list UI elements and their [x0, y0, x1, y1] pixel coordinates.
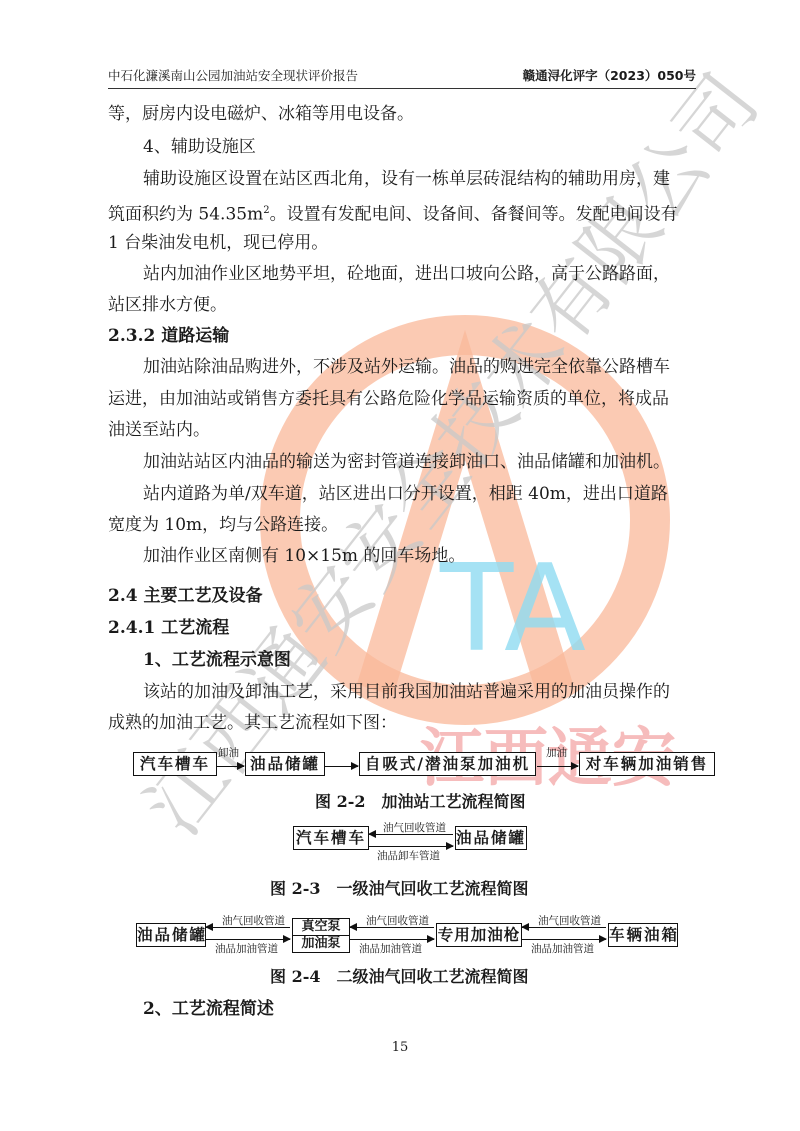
paragraph-line: 筑面积约为 54.35m2。设置有发配电间、设备间、备餐间等。发配电间设有: [108, 200, 678, 226]
arrow-label: 油气回收管道: [538, 913, 601, 928]
flow-box: 油品储罐: [455, 826, 527, 850]
paragraph-line: 运进，由加油站或销售方委托具有公路危险化学品运输资质的单位，将成品: [108, 388, 669, 410]
arrow-label: 油气回收管道: [366, 913, 429, 928]
flow-box-label: 加油泵: [293, 936, 349, 952]
paragraph-line: 该站的加油及卸油工艺，采用目前我国加油站普遍采用的加油员操作的: [143, 681, 670, 703]
arrow-right-icon: [217, 766, 244, 767]
flow-box: 对车辆加油销售: [579, 752, 715, 776]
report-title: 中石化濂溪南山公园加油站安全现状评价报告: [108, 66, 358, 84]
report-number: 赣通浔化评字（2023）050号: [523, 66, 696, 84]
paragraph-line: 成熟的加油工艺。其工艺流程如下图：: [108, 712, 397, 734]
paragraph-line: 辅助设施区设置在站区西北角，设有一栋单层砖混结构的辅助用房，建: [143, 168, 670, 190]
arrow-label: 油气回收管道: [222, 913, 285, 928]
arrow-right-icon: [522, 939, 606, 940]
section-heading-2-3-2: 2.3.2 道路运输: [108, 325, 229, 347]
subsection-title: 1、工艺流程示意图: [143, 649, 291, 671]
flow-box: 自吸式/潜油泵加油机: [359, 752, 536, 776]
paragraph-line: 油送至站内。: [108, 419, 210, 441]
flow-box: 专用加油枪: [436, 923, 522, 947]
text-fragment: 筑面积约为 54.35m: [108, 205, 263, 225]
paragraph-line: 等，厨房内设电磁炉、冰箱等用电设备。: [108, 103, 414, 125]
arrow-right-icon: [206, 939, 290, 940]
section-heading-2-4: 2.4 主要工艺及设备: [108, 585, 263, 607]
flow-box: 汽车槽车: [133, 752, 217, 776]
flow-box-label: 真空泵: [293, 919, 349, 936]
arrow-right-icon: [369, 846, 453, 847]
arrow-left-icon: [522, 927, 606, 928]
arrow-left-icon: [206, 927, 290, 928]
paragraph-line: 站区排水方便。: [108, 294, 227, 316]
subsection-title: 4、辅助设施区: [143, 136, 256, 158]
pump-box: 真空泵 加油泵: [292, 918, 350, 953]
section-heading-2-4-1: 2.4.1 工艺流程: [108, 617, 229, 639]
arrow-right-icon: [325, 766, 358, 767]
subsection-title: 2、工艺流程简述: [143, 998, 274, 1020]
paragraph-line: 加油站站区内油品的输送为密封管道连接卸油口、油品储罐和加油机。: [143, 451, 670, 473]
paragraph-line: 加油作业区南侧有 10×15m 的回车场地。: [143, 545, 465, 567]
paragraph-line: 站内加油作业区地势平坦，砼地面，进出口坡向公路，高于公路路面，: [143, 263, 670, 285]
arrow-label: 卸油: [218, 745, 239, 760]
flow-box: 车辆油箱: [608, 923, 678, 947]
paragraph-line: 1 台柴油发电机，现已停用。: [108, 232, 328, 254]
arrow-right-icon: [537, 766, 578, 767]
arrow-label: 油气回收管道: [383, 820, 446, 835]
document-page: TA 江西通安 江西通安安全技术有限公司 中石化濂溪南山公园加油站安全现状评价报…: [0, 0, 800, 1131]
page-header: 中石化濂溪南山公园加油站安全现状评价报告 赣通浔化评字（2023）050号: [108, 66, 696, 89]
paragraph-line: 加油站除油品购进外，不涉及站外运输。油品的购进完全依靠公路槽车: [143, 356, 670, 378]
paragraph-line: 站内道路为单/双车道，站区进出口分开设置，相距 40m，进出口道路: [143, 483, 668, 505]
text-fragment: 。设置有发配电间、设备间、备餐间等。发配电间设有: [270, 205, 678, 225]
figure-caption: 图 2-3 一级油气回收工艺流程简图: [270, 876, 528, 899]
flow-box: 汽车槽车: [293, 826, 369, 850]
flow-box: 油品储罐: [245, 752, 325, 776]
figure-caption: 图 2-4 二级油气回收工艺流程简图: [270, 964, 528, 987]
arrow-label: 加油: [546, 745, 567, 760]
paragraph-line: 宽度为 10m，均与公路连接。: [108, 514, 338, 536]
arrow-label: 油品加油管道: [359, 941, 422, 956]
flow-box: 油品储罐: [136, 923, 206, 947]
figure-caption: 图 2-2 加油站工艺流程简图: [315, 789, 525, 812]
page-number: 15: [0, 1040, 800, 1055]
arrow-label: 油品加油管道: [531, 941, 594, 956]
arrow-left-icon: [369, 834, 453, 835]
arrow-label: 油品加油管道: [215, 941, 278, 956]
arrow-left-icon: [350, 927, 434, 928]
arrow-label: 油品卸车管道: [377, 848, 440, 863]
arrow-right-icon: [350, 939, 434, 940]
